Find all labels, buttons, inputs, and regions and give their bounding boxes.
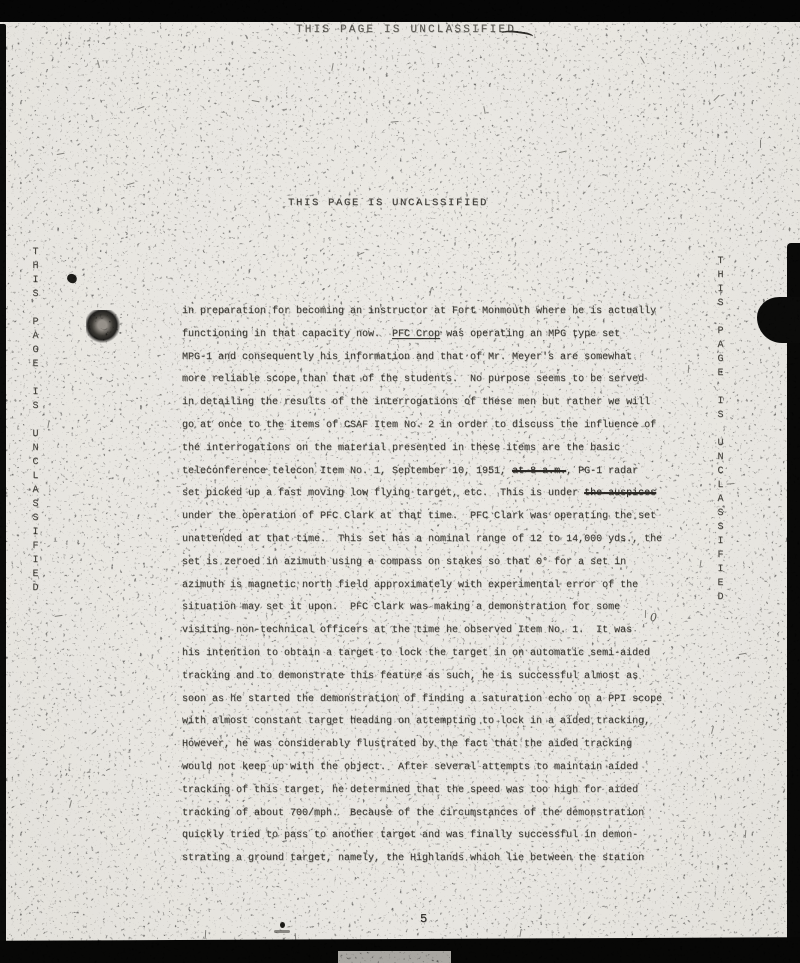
center-classification-heading: THIS PAGE IS UNCALSSIFIED xyxy=(0,197,788,209)
scan-speck xyxy=(47,420,50,428)
scan-speck xyxy=(483,106,486,114)
scan-speck xyxy=(127,182,135,185)
body-line: quickly tried to pass to another target … xyxy=(182,830,687,853)
scan-edge-top xyxy=(0,0,800,22)
body-line: soon as he started the demonstration of … xyxy=(182,694,687,717)
body-line: set picked up a fast moving low flying t… xyxy=(182,488,687,511)
scan-speck xyxy=(699,560,701,568)
handwritten-margin-mark: 0 xyxy=(650,611,657,624)
scan-speck xyxy=(57,153,65,156)
ink-speck xyxy=(280,922,285,928)
scan-speck xyxy=(713,95,720,102)
body-line: However, he was considerably flustrated … xyxy=(182,739,687,762)
ink-blob-small xyxy=(66,272,79,284)
body-line: unattended at that time. This set has a … xyxy=(182,534,687,557)
body-line: functioning in that capacity now. PFC Cr… xyxy=(182,329,687,352)
body-line: situation may set it upon. PFC Clark was… xyxy=(182,602,687,625)
scan-edge-left xyxy=(0,24,6,963)
scan-speck xyxy=(760,140,761,148)
left-margin-classification: THIS PAGE IS UNCLASSIFIED xyxy=(30,247,41,597)
scan-speck xyxy=(357,252,365,256)
body-line: his intention to obtain a target to lock… xyxy=(182,648,687,671)
scan-speck xyxy=(252,100,260,103)
body-line: the interrogations on the material prese… xyxy=(182,443,687,466)
body-line: in detailing the results of the interrog… xyxy=(182,397,687,420)
body-line: with almost constant target heading on a… xyxy=(182,716,687,739)
body-line: tracking of about 700/mph. Because of th… xyxy=(182,808,687,831)
ink-smudge xyxy=(274,930,290,933)
scan-speck xyxy=(205,930,207,938)
scan-speck xyxy=(711,726,714,734)
scanned-page: THIS PAGE IS UNCLASSIFIED THIS PAGE IS U… xyxy=(0,0,800,963)
body-line: more reliable scope than that of the stu… xyxy=(182,374,687,397)
scan-speck xyxy=(137,106,145,110)
scan-speck xyxy=(97,60,100,68)
body-line: tracking and to demonstrate this feature… xyxy=(182,671,687,694)
scan-speck xyxy=(727,483,735,485)
scan-speck xyxy=(55,615,63,617)
body-line: teleconference telecon Item No. 1, Septe… xyxy=(182,466,687,489)
scan-speck xyxy=(559,151,567,154)
body-text: in preparation for becoming an instructo… xyxy=(182,306,687,876)
body-line: strating a ground target, namely, the Hi… xyxy=(182,853,687,876)
right-margin-classification: THIS PAGE IS UNCLASSIFIED xyxy=(715,256,726,606)
scan-speck xyxy=(745,830,747,838)
body-line: under the operation of PFC Clark at that… xyxy=(182,511,687,534)
scan-speck xyxy=(688,365,690,373)
body-line: in preparation for becoming an instructo… xyxy=(182,306,687,329)
page-number: 5 xyxy=(420,912,427,926)
body-line: MPG-1 and consequently his information a… xyxy=(182,352,687,375)
body-line: azimuth is magnetic north field approxim… xyxy=(182,580,687,603)
body-line: tracking of this target, he determined t… xyxy=(182,785,687,808)
scan-speck xyxy=(519,929,522,937)
scan-speck xyxy=(640,56,645,64)
scan-edge-right-blob xyxy=(757,297,800,343)
scan-bottom-insert xyxy=(338,951,451,963)
body-line: would not keep up with the object. After… xyxy=(182,762,687,785)
top-classification-banner: THIS PAGE IS UNCLASSIFIED xyxy=(6,24,800,36)
scan-speck xyxy=(391,121,399,123)
ink-blob-large xyxy=(86,310,120,343)
scan-speck xyxy=(69,800,72,808)
scan-speck xyxy=(739,653,747,656)
body-line: set is zeroed in azimuth using a compass… xyxy=(182,557,687,580)
scan-speck xyxy=(331,63,334,71)
body-line: go at once to the items of CSAF Item No.… xyxy=(182,420,687,443)
body-line: visiting non-technical officers at the t… xyxy=(182,625,687,648)
scan-edge-right xyxy=(787,243,800,963)
scan-speck xyxy=(429,288,432,296)
